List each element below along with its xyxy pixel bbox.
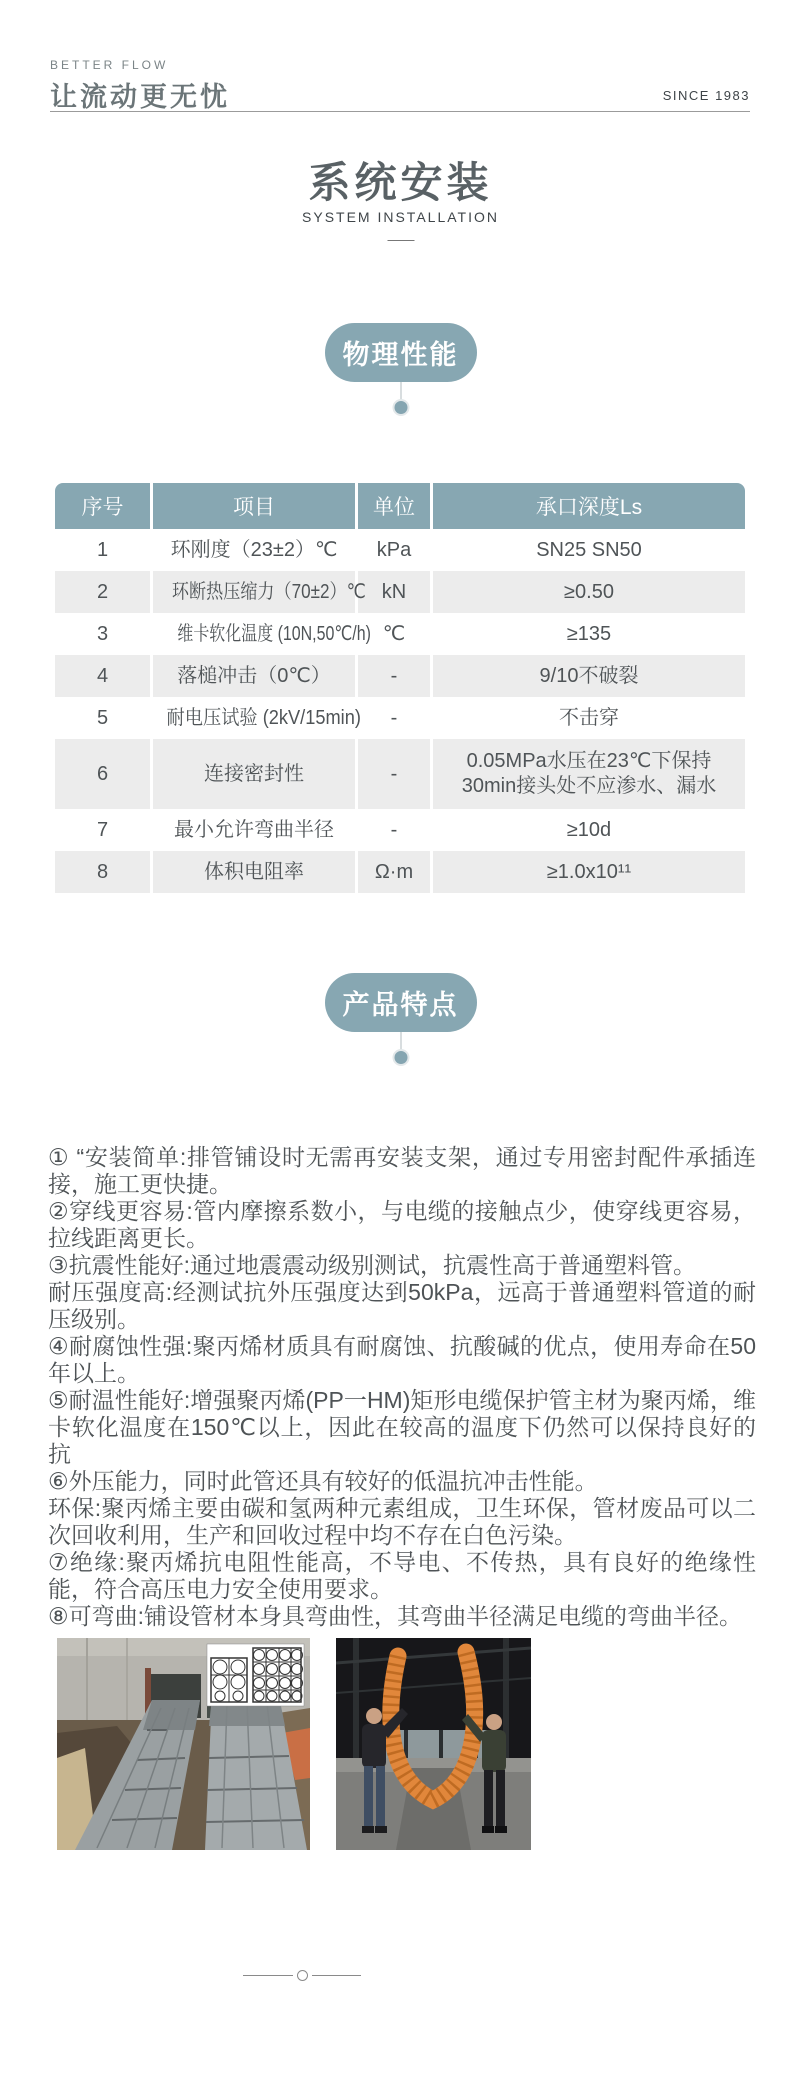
cell-item: 最小允许弯曲半径 — [150, 809, 355, 851]
col-header-depth: 承口深度Ls — [430, 483, 745, 529]
cell-unit: - — [355, 697, 430, 739]
feature-paragraph: ⑦绝缘:聚丙烯抗电阻性能高，不导电、不传热，具有良好的绝缘性能，符合高压电力安全… — [48, 1549, 756, 1603]
cross-section-inset-diagram — [207, 1644, 304, 1706]
table-header-row: 序号 项目 单位 承口深度Ls — [55, 483, 745, 529]
cell-index: 7 — [55, 809, 150, 851]
brand-tagline: BETTER FLOW — [50, 58, 230, 72]
connector-dot-icon — [392, 1049, 409, 1066]
cell-unit: - — [355, 739, 430, 809]
feature-paragraph: ③抗震性能好:通过地震震动级别测试，抗震性高于普通塑料管。 — [48, 1252, 756, 1279]
footer-line — [243, 1975, 293, 1976]
cell-item: 环断热压缩力（70±2）℃ — [150, 571, 355, 613]
cell-item-text: 耐电压试验 (2kV/15min) — [167, 706, 342, 731]
cell-value: 不击穿 — [430, 697, 745, 739]
cell-value: ≥0.50 — [430, 571, 745, 613]
feature-paragraph: ⑥外压能力，同时此管还具有较好的低温抗冲击性能。 — [48, 1468, 756, 1495]
cell-index: 2 — [55, 571, 150, 613]
features-text-block: ① “安装简单:排管铺设时无需再安装支架，通过专用密封配件承插连接，施工更快捷。… — [48, 1144, 756, 1630]
cell-item-text: 环刚度（23±2）℃ — [171, 538, 338, 563]
cell-value: ≥10d — [430, 809, 745, 851]
cell-unit: kPa — [355, 529, 430, 571]
cell-item-text: 维卡软化温度 (10N,50℃/h) — [177, 622, 330, 647]
bend-photo-graphic — [336, 1638, 531, 1850]
since-label: SINCE 1983 — [663, 88, 750, 103]
footer-circle-icon — [297, 1970, 308, 1981]
brand-logo: BETTER FLOW 让流动更无忧 — [50, 58, 230, 114]
feature-paragraph: ②穿线更容易:管内摩擦系数小，与电缆的接触点少，使穿线更容易，拉线距离更长。 — [48, 1198, 756, 1252]
trench-installation-photo — [57, 1638, 310, 1850]
cell-item-text: 最小允许弯曲半径 — [174, 818, 334, 843]
title-divider — [387, 240, 414, 241]
cell-value: 0.05MPa水压在23℃下保持 30min接头处不应渗水、漏水 — [430, 739, 745, 809]
feature-paragraph: ④耐腐蚀性强:聚丙烯材质具有耐腐蚀、抗酸碱的优点，使用寿命在50年以上。 — [48, 1333, 756, 1387]
cell-item: 体积电阻率 — [150, 851, 355, 893]
cell-index: 6 — [55, 739, 150, 809]
cell-item-text: 落槌冲击（0℃） — [177, 664, 331, 689]
cell-item-text: 连接密封性 — [204, 762, 304, 787]
cell-index: 5 — [55, 697, 150, 739]
connector-dot-icon — [392, 399, 409, 416]
table-row: 3 维卡软化温度 (10N,50℃/h) ℃ ≥135 — [55, 613, 745, 655]
footer-line — [312, 1975, 362, 1976]
feature-paragraph: ⑤耐温性能好:增强聚丙烯(PP一HM)矩形电缆保护管主材为聚丙烯，维卡软化温度在… — [48, 1387, 756, 1468]
cell-item: 落槌冲击（0℃） — [150, 655, 355, 697]
col-header-index: 序号 — [55, 483, 150, 529]
page-subtitle: SYSTEM INSTALLATION — [0, 209, 801, 225]
cell-unit: - — [355, 809, 430, 851]
cell-index: 4 — [55, 655, 150, 697]
product-detail-page: BETTER FLOW 让流动更无忧 SINCE 1983 系统安装 SYSTE… — [0, 0, 801, 2091]
header-divider — [50, 111, 750, 112]
trench-photo-graphic — [57, 1638, 310, 1850]
table-row: 5 耐电压试验 (2kV/15min) - 不击穿 — [55, 697, 745, 739]
cell-item-text: 体积电阻率 — [204, 860, 304, 885]
cell-value: ≥1.0x10¹¹ — [430, 851, 745, 893]
table-row: 6 连接密封性 - 0.05MPa水压在23℃下保持 30min接头处不应渗水、… — [55, 739, 745, 809]
cell-item: 环刚度（23±2）℃ — [150, 529, 355, 571]
cell-index: 1 — [55, 529, 150, 571]
cell-value: 9/10不破裂 — [430, 655, 745, 697]
brand-logotype: 让流动更无忧 — [50, 75, 230, 114]
page-title: 系统安装 — [0, 150, 801, 210]
cell-index: 3 — [55, 613, 150, 655]
feature-paragraph: 环保:聚丙烯主要由碳和氢两种元素组成，卫生环保，管材废品可以二次回收利用，生产和… — [48, 1495, 756, 1549]
cell-item-text: 环断热压缩力（70±2）℃ — [172, 580, 336, 605]
feature-paragraph: ⑧可弯曲:铺设管材本身具弯曲性，其弯曲半径满足电缆的弯曲半径。 — [48, 1603, 756, 1630]
cell-unit: kN — [355, 571, 430, 613]
section-badge-physical: 物理性能 — [325, 323, 477, 382]
cell-index: 8 — [55, 851, 150, 893]
cell-value: ≥135 — [430, 613, 745, 655]
cell-item: 耐电压试验 (2kV/15min) — [150, 697, 355, 739]
feature-paragraph: ① “安装简单:排管铺设时无需再安装支架，通过专用密封配件承插连接，施工更快捷。 — [48, 1144, 756, 1198]
col-header-unit: 单位 — [355, 483, 430, 529]
cell-unit: - — [355, 655, 430, 697]
table-row: 7 最小允许弯曲半径 - ≥10d — [55, 809, 745, 851]
table-row: 1 环刚度（23±2）℃ kPa SN25 SN50 — [55, 529, 745, 571]
cell-unit: Ω·m — [355, 851, 430, 893]
table-row: 8 体积电阻率 Ω·m ≥1.0x10¹¹ — [55, 851, 745, 893]
physical-properties-table: 序号 项目 单位 承口深度Ls 1 环刚度（23±2）℃ kPa SN25 SN… — [55, 483, 745, 893]
pipe-bending-demo-photo — [336, 1638, 531, 1850]
cell-item: 维卡软化温度 (10N,50℃/h) — [150, 613, 355, 655]
feature-paragraph: 耐压强度高:经测试抗外压强度达到50kPa，远高于普通塑料管道的耐压级别。 — [48, 1279, 756, 1333]
table-row: 4 落槌冲击（0℃） - 9/10不破裂 — [55, 655, 745, 697]
cell-value: SN25 SN50 — [430, 529, 745, 571]
col-header-item: 项目 — [150, 483, 355, 529]
table-row: 2 环断热压缩力（70±2）℃ kN ≥0.50 — [55, 571, 745, 613]
cell-item: 连接密封性 — [150, 739, 355, 809]
section-badge-features: 产品特点 — [325, 973, 477, 1032]
footer-divider — [243, 1969, 361, 1981]
